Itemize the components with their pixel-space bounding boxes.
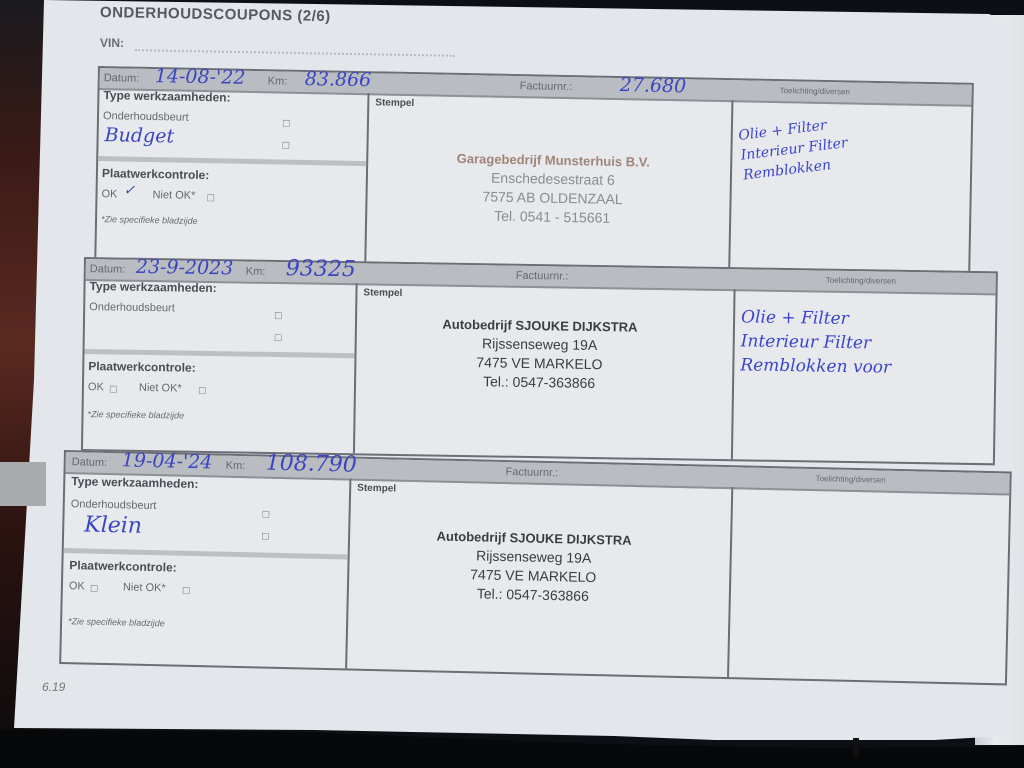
- plaatwerkcontrole-label: Plaatwerkcontrole:: [69, 558, 177, 574]
- bookmark-ribbon: [853, 738, 859, 756]
- checkbox-other[interactable]: □: [262, 531, 269, 543]
- onderhoudsbeurt-label: Onderhoudsbeurt: [89, 301, 175, 314]
- onderhoudsbeurt-note: Klein: [84, 512, 142, 538]
- footnote: *Zie specifieke bladzijde: [101, 214, 198, 226]
- factuurnr-label: Factuurnr.:: [520, 80, 573, 93]
- type-werkzaamheden-label: Type werkzaamheden:: [89, 279, 216, 295]
- checkbox-other[interactable]: □: [275, 332, 282, 344]
- coupon-3: Datum: 19-04-'24 Km: 108.790 Factuurnr.:…: [59, 450, 1012, 685]
- toelichting-label: Toelichting/diversen: [815, 474, 885, 485]
- datum-value: 19-04-'24: [122, 449, 213, 473]
- ok-label: OK: [88, 381, 104, 393]
- checkbox-onderhoudsbeurt[interactable]: □: [262, 509, 269, 521]
- stempel-label: Stempel: [357, 483, 396, 495]
- onderhoudsbeurt-label: Onderhoudsbeurt: [71, 498, 157, 512]
- dealer-stamp: Garagebedrijf Munsterhuis B.V. Enschedes…: [387, 148, 718, 230]
- vin-label: VIN:: [100, 36, 124, 50]
- dealer-stamp: Autobedrijf SJOUKE DIJKSTRA Rijssenseweg…: [374, 314, 705, 395]
- factuurnr-label: Factuurnr.:: [505, 466, 558, 479]
- checkbox-niet-ok[interactable]: □: [207, 192, 214, 204]
- checkbox-onderhoudsbeurt[interactable]: □: [283, 118, 290, 130]
- km-label: Km:: [226, 460, 246, 472]
- km-label: Km:: [246, 266, 266, 278]
- coupon-1: Datum: 14-08-'22 Km: 83.866 Factuurnr.: …: [94, 66, 974, 277]
- dealer-stamp: Autobedrijf SJOUKE DIJKSTRA Rijssenseweg…: [363, 525, 705, 609]
- checkbox-other[interactable]: □: [282, 140, 289, 152]
- stempel-label: Stempel: [363, 287, 402, 299]
- km-value: 93325: [286, 256, 356, 282]
- ok-label: OK: [69, 580, 85, 592]
- onderhoudsbeurt-note: Budget: [104, 124, 174, 147]
- signature-scribble: Olie + Filter Interieur Filter Remblokke…: [737, 113, 851, 185]
- ok-label: OK: [101, 188, 117, 200]
- factuurnr-label: Factuurnr.:: [516, 270, 569, 283]
- note-line: Remblokken voor: [740, 353, 891, 379]
- coupon-2: Datum: 23-9-2023 Km: 93325 Factuurnr.: T…: [81, 257, 998, 465]
- type-werkzaamheden-label: Type werkzaamheden:: [71, 474, 198, 491]
- km-label: Km:: [268, 75, 288, 87]
- toelichting-label: Toelichting/diversen: [826, 276, 896, 286]
- toelichting-label: Toelichting/diversen: [780, 86, 850, 96]
- checkbox-onderhoudsbeurt[interactable]: □: [275, 310, 282, 322]
- checkbox-niet-ok[interactable]: □: [183, 585, 190, 597]
- ok-check-mark: ✓: [123, 183, 135, 199]
- note-line: Olie + Filter: [741, 305, 892, 331]
- stempel-label: Stempel: [375, 97, 414, 109]
- type-werkzaamheden-label: Type werkzaamheden:: [103, 88, 230, 104]
- checkbox-niet-ok[interactable]: □: [199, 385, 206, 397]
- toelichting-note: Olie + Filter Interieur Filter Remblokke…: [740, 305, 892, 379]
- section-tab-marker: [0, 462, 46, 506]
- niet-ok-label: Niet OK*: [152, 189, 195, 202]
- onderhoudsbeurt-label: Onderhoudsbeurt: [103, 110, 189, 124]
- km-value: 108.790: [265, 451, 357, 478]
- niet-ok-label: Niet OK*: [139, 382, 182, 395]
- page-number: 6.19: [42, 680, 65, 694]
- datum-label: Datum:: [90, 263, 126, 276]
- plaatwerkcontrole-label: Plaatwerkcontrole:: [102, 166, 210, 182]
- checkbox-ok[interactable]: □: [110, 383, 117, 395]
- footnote: *Zie specifieke bladzijde: [68, 616, 165, 628]
- datum-value: 14-08-'22: [155, 65, 246, 89]
- plaatwerkcontrole-label: Plaatwerkcontrole:: [88, 359, 196, 375]
- datum-value: 23-9-2023: [136, 256, 234, 280]
- checkbox-ok[interactable]: □: [91, 583, 98, 595]
- datum-label: Datum:: [104, 72, 140, 85]
- note-line: Interieur Filter: [741, 329, 892, 355]
- factuurnr-value: 27.680: [620, 74, 687, 97]
- niet-ok-label: Niet OK*: [123, 581, 166, 594]
- footnote: *Zie specifieke bladzijde: [87, 409, 184, 421]
- datum-label: Datum:: [72, 456, 108, 469]
- km-value: 83.866: [305, 68, 372, 91]
